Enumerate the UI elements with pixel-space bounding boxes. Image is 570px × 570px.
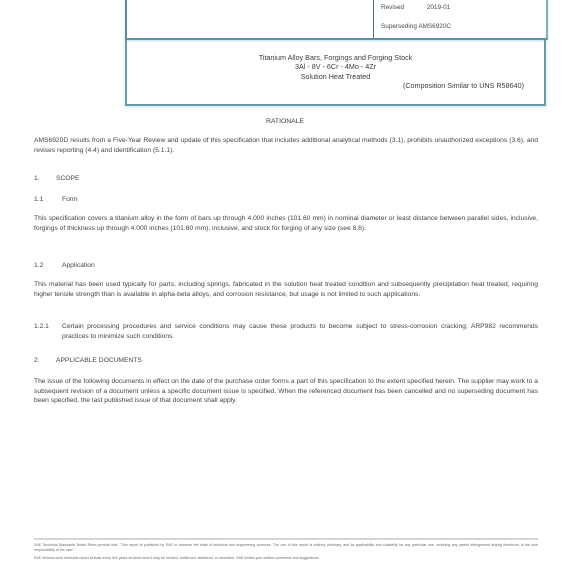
superseding-value: AMS6920C bbox=[418, 23, 451, 30]
section-number: 1.1 bbox=[34, 196, 62, 203]
section-form-heading: 1.1Form bbox=[34, 196, 78, 203]
rationale-heading: RATIONALE bbox=[0, 118, 570, 125]
section-scope-heading: 1.SCOPE bbox=[34, 175, 79, 182]
title-box: Titanium Alloy Bars, Forgings and Forgin… bbox=[125, 40, 546, 106]
section-title: SCOPE bbox=[56, 175, 79, 182]
application-note: 1.2.1 Certain processing procedures and … bbox=[34, 322, 538, 341]
section-applicable-documents-heading: 2.APPLICABLE DOCUMENTS bbox=[34, 357, 142, 364]
header-divider bbox=[373, 0, 374, 38]
title-line: Titanium Alloy Bars, Forgings and Forgin… bbox=[127, 53, 544, 62]
revised-value: 2019-01 bbox=[427, 4, 450, 11]
application-text: This material has been used typically fo… bbox=[34, 280, 538, 299]
header-meta-box bbox=[125, 0, 548, 40]
alloy-composition: 3Al - 8V - 6Cr - 4Mo - 4Zr bbox=[127, 62, 544, 71]
section-number: 1.2.1 bbox=[34, 322, 49, 332]
section-title: APPLICABLE DOCUMENTS bbox=[56, 357, 142, 364]
footer-review-note: SAE reviews each technical report at lea… bbox=[34, 556, 538, 561]
application-note-text: Certain processing procedures and servic… bbox=[62, 322, 538, 341]
superseding-label: Superseding bbox=[381, 23, 417, 30]
applicable-documents-text: The issue of the following documents in … bbox=[34, 377, 538, 406]
rationale-text: AMS6920D results from a Five-Year Review… bbox=[34, 136, 538, 155]
section-title: Application bbox=[62, 262, 95, 269]
revised-label: Revised bbox=[381, 4, 425, 11]
section-number: 2. bbox=[34, 357, 56, 364]
document-page: Revised 2019-01 Superseding AMS6920C Tit… bbox=[0, 0, 570, 570]
section-number: 1.2 bbox=[34, 262, 62, 269]
section-application-heading: 1.2Application bbox=[34, 262, 95, 269]
composition-note: (Composition Similar to UNS R58640) bbox=[127, 81, 544, 90]
section-number: 1. bbox=[34, 175, 56, 182]
revised-row: Revised 2019-01 bbox=[381, 4, 450, 11]
section-title: Form bbox=[62, 196, 78, 203]
document-title: Titanium Alloy Bars, Forgings and Forgin… bbox=[127, 53, 544, 90]
condition-line: Solution Heat Treated bbox=[127, 72, 544, 81]
footer-divider bbox=[34, 538, 538, 540]
footer-disclaimer: SAE Technical Standards Board Rules prov… bbox=[34, 543, 538, 553]
superseding-row: Superseding AMS6920C bbox=[381, 23, 451, 30]
form-text: This specification covers a titanium all… bbox=[34, 214, 538, 233]
